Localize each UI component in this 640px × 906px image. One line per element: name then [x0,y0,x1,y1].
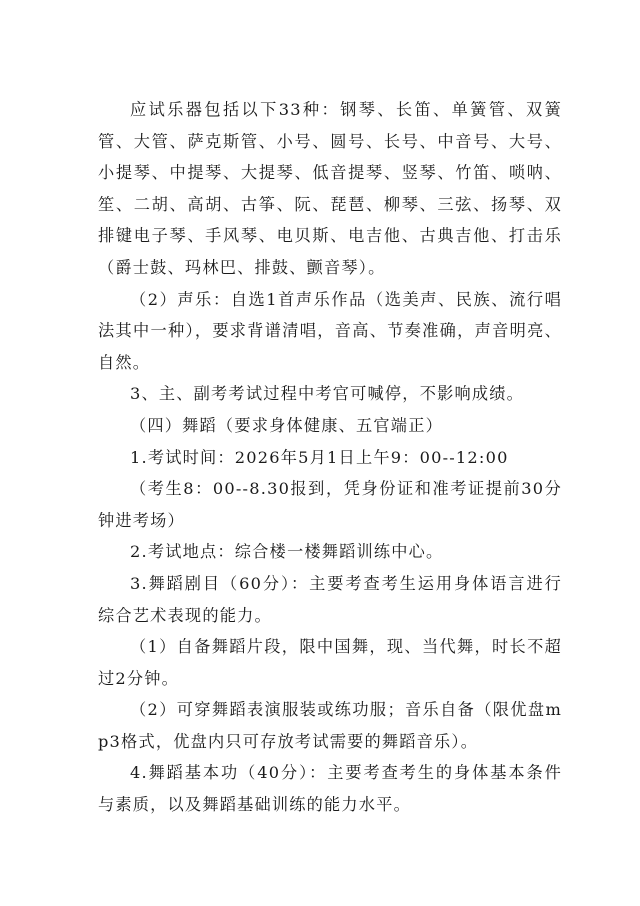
paragraph-instrument-list: 应试乐器包括以下33种：钢琴、长笛、单簧管、双簧管、大管、萨克斯管、小号、圆号、… [98,94,562,284]
paragraph-exam-time: 1.考试时间：2026年5月1日上午9：00--12:00 [98,442,562,474]
document-page: 应试乐器包括以下33种：钢琴、长笛、单簧管、双簧管、大管、萨克斯管、小号、圆号、… [98,94,562,821]
paragraph-check-in: （考生8：00--8.30报到，凭身份证和准考证提前30分钟进考场） [98,473,562,536]
paragraph-dance-basics: 4.舞蹈基本功（40分）：主要考查考生的身体基本条件与素质，以及舞蹈基础训练的能… [98,757,562,820]
paragraph-vocal: （2）声乐：自选1首声乐作品（选美声、民族、流行唱法其中一种），要求背谱清唱，音… [98,284,562,379]
paragraph-exam-location: 2.考试地点：综合楼一楼舞蹈训练中心。 [98,536,562,568]
paragraph-examiner-stop: 3、主、副考考试过程中考官可喊停，不影响成绩。 [98,378,562,410]
section-heading-dance: （四）舞蹈（要求身体健康、五官端正） [98,410,562,442]
paragraph-dance-excerpt: （1）自备舞蹈片段，限中国舞，现、当代舞，时长不超过2分钟。 [98,631,562,694]
paragraph-costume-music: （2）可穿舞蹈表演服装或练功服；音乐自备（限优盘mp3格式，优盘内只可存放考试需… [98,694,562,757]
paragraph-dance-repertoire: 3.舞蹈剧目（60分）：主要考查考生运用身体语言进行综合艺术表现的能力。 [98,568,562,631]
